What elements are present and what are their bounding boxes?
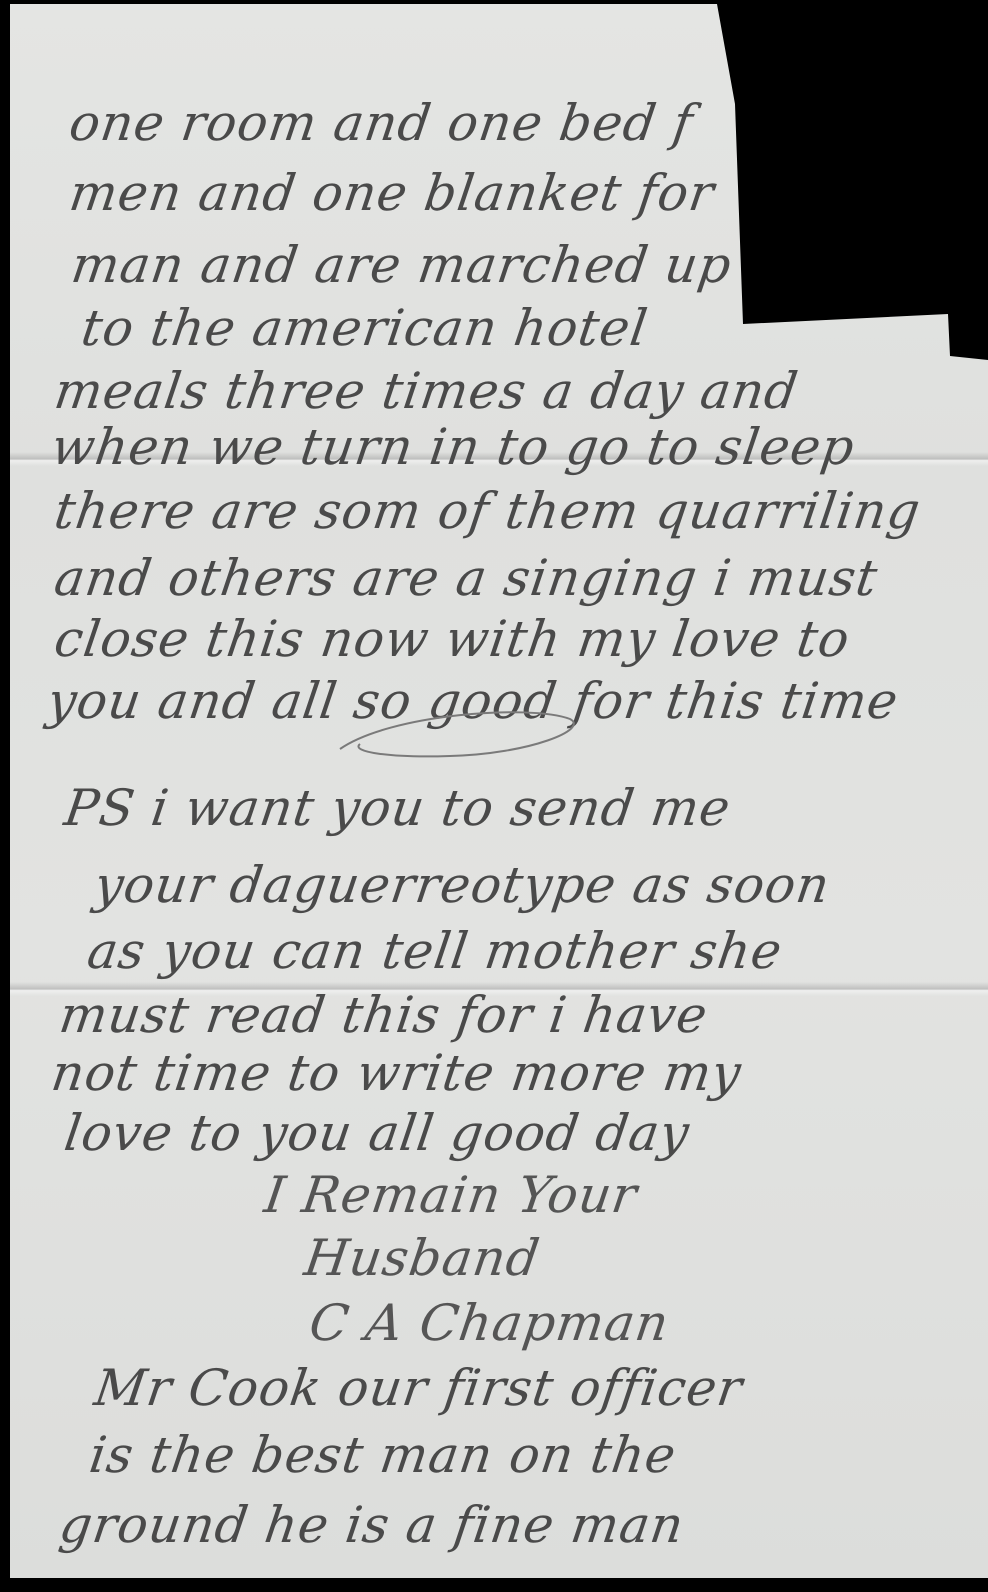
letter-line: close this now with my love to bbox=[51, 610, 854, 668]
letter-line: and others are a singing i must bbox=[51, 549, 882, 607]
postscript-line: PS i want you to send me bbox=[61, 779, 735, 837]
signature: C A Chapman bbox=[306, 1294, 673, 1352]
letter-line: to the american hotel bbox=[78, 299, 652, 357]
postscript-line: love to you all good day bbox=[61, 1104, 693, 1162]
letter-line: man and are marched up bbox=[68, 236, 736, 294]
letter-line: there are som of them quarriling bbox=[51, 482, 924, 540]
closing-line: Husband bbox=[301, 1229, 544, 1287]
closing-line: I Remain Your bbox=[261, 1166, 641, 1224]
afterword-line: Mr Cook our first officer bbox=[91, 1359, 747, 1417]
letter-line: when we turn in to go to sleep bbox=[48, 418, 859, 476]
flourish-ornament bbox=[330, 694, 590, 774]
postscript-line: not time to write more my bbox=[48, 1044, 745, 1102]
letter-page: one room and one bed f men and one blank… bbox=[10, 4, 988, 1578]
letter-line: meals three times a day and bbox=[51, 362, 802, 420]
afterword-line: is the best man on the bbox=[86, 1426, 680, 1484]
afterword-line: ground he is a fine man bbox=[56, 1496, 688, 1554]
letter-line: men and one blanket for bbox=[66, 164, 718, 222]
letter-line: one room and one bed f bbox=[66, 94, 697, 152]
postscript-line: must read this for i have bbox=[56, 986, 712, 1044]
postscript-line: as you can tell mother she bbox=[84, 922, 786, 980]
postscript-line: your daguerreotype as soon bbox=[91, 856, 834, 914]
